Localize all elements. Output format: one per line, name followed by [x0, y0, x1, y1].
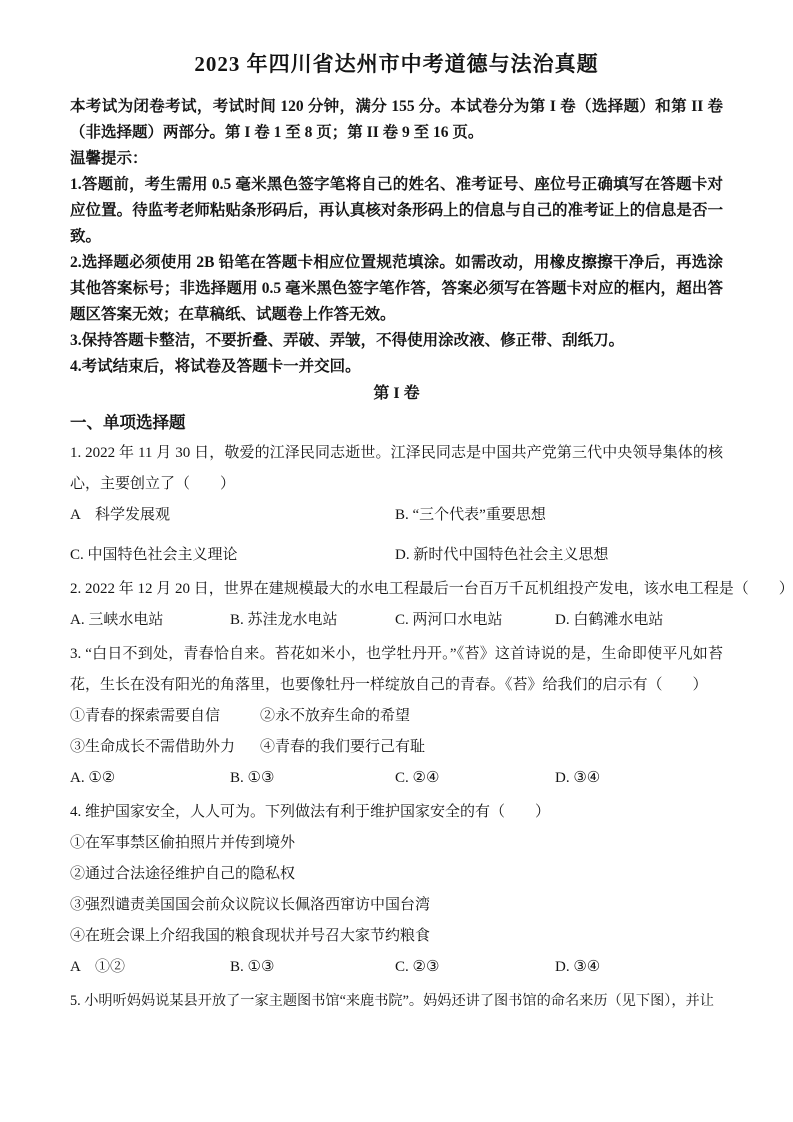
question-4-option-a: A ①② — [70, 952, 230, 983]
question-3-statements: ①青春的探索需要自信 ②永不放弃生命的希望 ③生命成长不需借助外力 ④青春的我们… — [70, 701, 723, 763]
question-3-statement-1: ①青春的探索需要自信 — [70, 701, 260, 732]
question-1-option-c: C. 中国特色社会主义理论 — [70, 540, 395, 571]
question-3-stem: 3. “白日不到处，青春恰自来。苔花如米小，也学牡丹开。”《苔》这首诗说的是，生… — [70, 639, 723, 701]
question-1-options: A 科学发展观 B. “三个代表”重要思想 C. 中国特色社会主义理论 D. 新… — [70, 500, 723, 571]
question-4-option-c: C. ②③ — [395, 952, 555, 983]
section-heading: 一、单项选择题 — [70, 407, 723, 438]
question-2-options: A. 三峡水电站 B. 苏洼龙水电站 C. 两河口水电站 D. 白鹤滩水电站 — [70, 605, 723, 636]
question-1-option-a: A 科学发展观 — [70, 500, 395, 531]
question-3-statement-4: ④青春的我们要行己有耻 — [260, 732, 723, 763]
exam-intro: 本考试为闭卷考试，考试时间 120 分钟，满分 155 分。本试卷分为第 I 卷… — [70, 94, 723, 146]
question-2-option-d: D. 白鹤滩水电站 — [555, 605, 723, 636]
question-1: 1. 2022 年 11 月 30 日，敬爱的江泽民同志逝世。江泽民同志是中国共… — [70, 438, 723, 571]
question-2-stem: 2. 2022 年 12 月 20 日，世界在建规模最大的水电工程最后一台百万千… — [70, 574, 723, 605]
exam-document-page: 2023 年四川省达州市中考道德与法治真题 本考试为闭卷考试，考试时间 120 … — [0, 0, 793, 1122]
question-4-statement-4: ④在班会课上介绍我国的粮食现状并号召大家节约粮食 — [70, 921, 723, 952]
notice-item-4: 4.考试结束后，将试卷及答题卡一并交回。 — [70, 354, 723, 380]
notice-item-2: 2.选择题必须使用 2B 铅笔在答题卡相应位置规范填涂。如需改动，用橡皮擦擦干净… — [70, 250, 723, 328]
question-3-statement-3: ③生命成长不需借助外力 — [70, 732, 260, 763]
question-4-option-b: B. ①③ — [230, 952, 395, 983]
question-3-options: A. ①② B. ①③ C. ②④ D. ③④ — [70, 763, 723, 794]
question-5-stem: 5. 小明听妈妈说某县开放了一家主题图书馆“来鹿书院”。妈妈还讲了图书馆的命名来… — [70, 986, 723, 1017]
question-1-option-b: B. “三个代表”重要思想 — [395, 500, 723, 531]
question-4-statement-3: ③强烈谴责美国国会前众议院议长佩洛西窜访中国台湾 — [70, 890, 723, 921]
questions-area: 一、单项选择题 1. 2022 年 11 月 30 日，敬爱的江泽民同志逝世。江… — [70, 407, 723, 1017]
question-4: 4. 维护国家安全，人人可为。下列做法有利于维护国家安全的有（ ） ①在军事禁区… — [70, 797, 723, 983]
question-5: 5. 小明听妈妈说某县开放了一家主题图书馆“来鹿书院”。妈妈还讲了图书馆的命名来… — [70, 986, 723, 1017]
question-1-stem: 1. 2022 年 11 月 30 日，敬爱的江泽民同志逝世。江泽民同志是中国共… — [70, 438, 723, 500]
question-2-option-a: A. 三峡水电站 — [70, 605, 230, 636]
question-3-option-a: A. ①② — [70, 763, 230, 794]
question-2-option-b: B. 苏洼龙水电站 — [230, 605, 395, 636]
notice-item-3: 3.保持答题卡整洁，不要折叠、弄破、弄皱，不得使用涂改液、修正带、刮纸刀。 — [70, 328, 723, 354]
question-3-option-b: B. ①③ — [230, 763, 395, 794]
question-2: 2. 2022 年 12 月 20 日，世界在建规模最大的水电工程最后一台百万千… — [70, 574, 723, 636]
question-2-option-c: C. 两河口水电站 — [395, 605, 555, 636]
question-3-option-c: C. ②④ — [395, 763, 555, 794]
question-4-options: A ①② B. ①③ C. ②③ D. ③④ — [70, 952, 723, 983]
question-4-stem: 4. 维护国家安全，人人可为。下列做法有利于维护国家安全的有（ ） — [70, 797, 723, 828]
question-3: 3. “白日不到处，青春恰自来。苔花如米小，也学牡丹开。”《苔》这首诗说的是，生… — [70, 639, 723, 794]
question-4-option-d: D. ③④ — [555, 952, 723, 983]
question-4-statement-2: ②通过合法途径维护自己的隐私权 — [70, 859, 723, 890]
page-title: 2023 年四川省达州市中考道德与法治真题 — [70, 48, 723, 78]
question-1-option-d: D. 新时代中国特色社会主义思想 — [395, 540, 723, 571]
question-3-statement-2: ②永不放弃生命的希望 — [260, 701, 723, 732]
question-3-option-d: D. ③④ — [555, 763, 723, 794]
notice-heading: 温馨提示： — [70, 146, 723, 172]
notice-item-1: 1.答题前，考生需用 0.5 毫米黑色签字笔将自己的姓名、准考证号、座位号正确填… — [70, 172, 723, 250]
question-4-statement-1: ①在军事禁区偷拍照片并传到境外 — [70, 828, 723, 859]
volume-heading: 第 I 卷 — [70, 380, 723, 407]
